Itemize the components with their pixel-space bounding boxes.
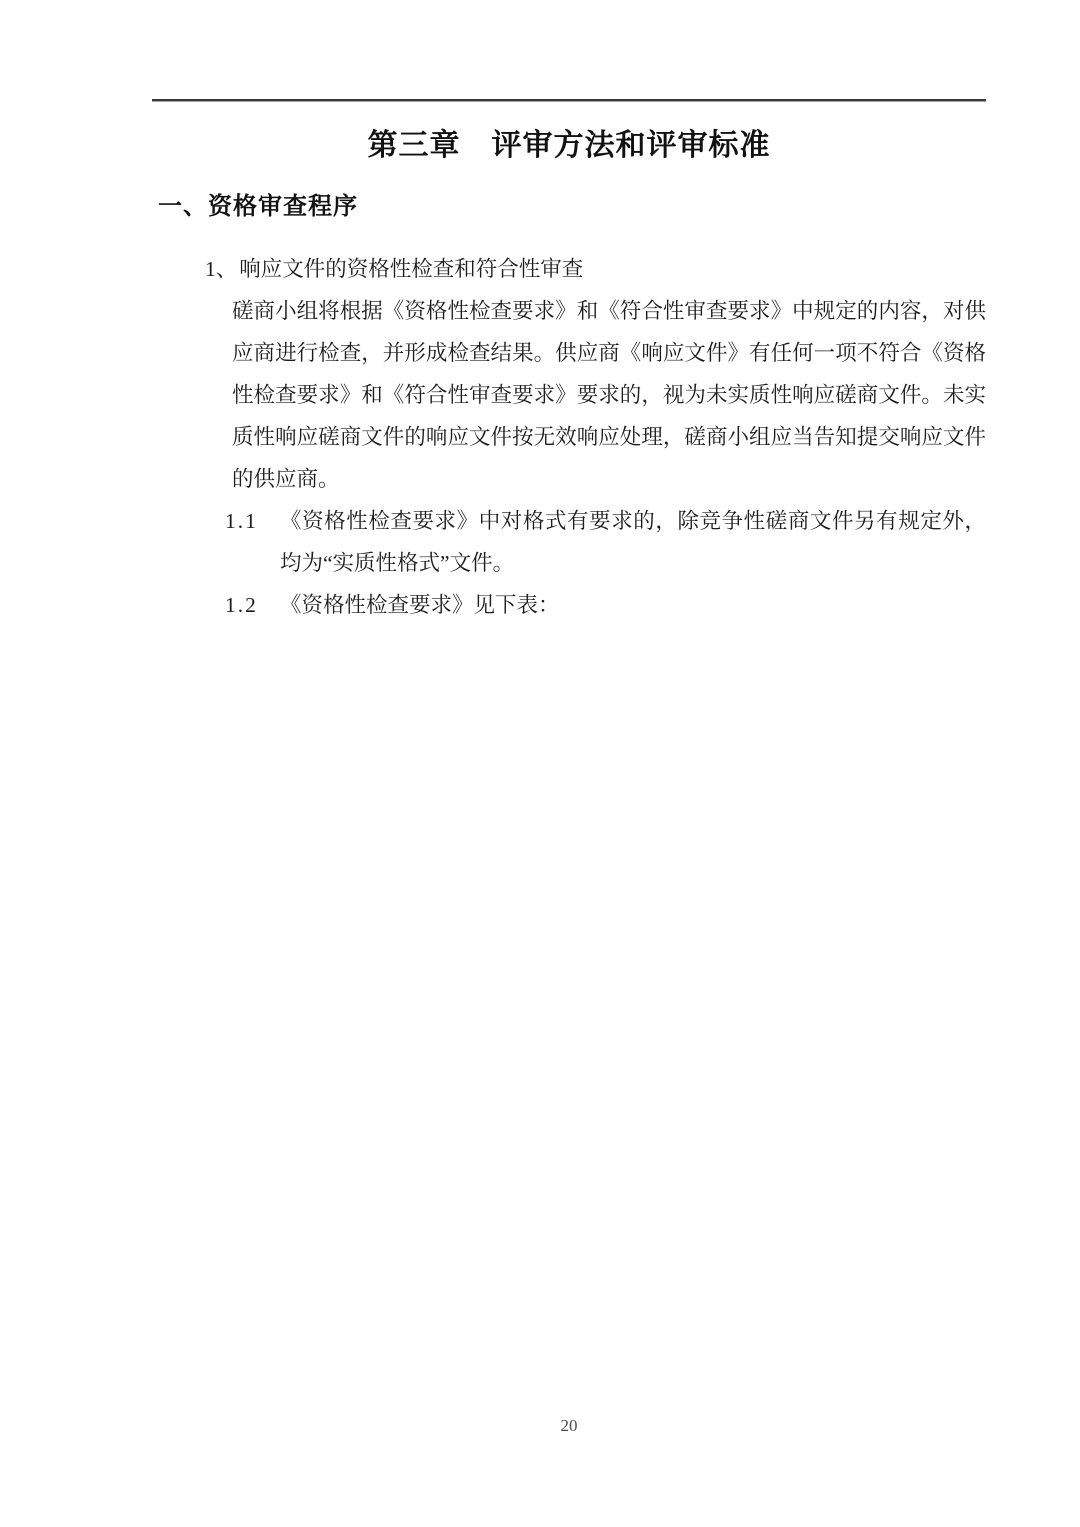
- list-item-1-2-number: 1.2: [225, 584, 280, 626]
- header-rule: [152, 99, 986, 102]
- section-heading: 一、资格审查程序: [158, 186, 358, 221]
- chapter-title: 第三章 评审方法和评审标准: [152, 120, 986, 164]
- list-item-1: 1、响应文件的资格性检查和符合性审查: [205, 248, 986, 290]
- paragraph: 磋商小组将根据《资格性检查要求》和《符合性审查要求》中规定的内容，对供应商进行检…: [232, 290, 986, 500]
- list-item-1-2: 1.2 《资格性检查要求》见下表：: [225, 584, 986, 626]
- page-number: 20: [152, 1416, 986, 1436]
- list-item-1-1-number: 1.1: [225, 500, 280, 584]
- body-text-block: 1、响应文件的资格性检查和符合性审查 磋商小组将根据《资格性检查要求》和《符合性…: [152, 248, 986, 626]
- list-item-1-text: 响应文件的资格性检查和符合性审查: [239, 257, 583, 281]
- list-item-1-1: 1.1 《资格性检查要求》中对格式有要求的，除竞争性磋商文件另有规定外，均为“实…: [225, 500, 986, 584]
- list-item-1-2-text: 《资格性检查要求》见下表：: [280, 584, 986, 626]
- list-item-1-number: 1、: [205, 257, 237, 281]
- list-item-1-1-text: 《资格性检查要求》中对格式有要求的，除竞争性磋商文件另有规定外，均为“实质性格式…: [280, 500, 986, 584]
- document-page: 第三章 评审方法和评审标准 一、资格审查程序 1、响应文件的资格性检查和符合性审…: [0, 0, 1080, 1527]
